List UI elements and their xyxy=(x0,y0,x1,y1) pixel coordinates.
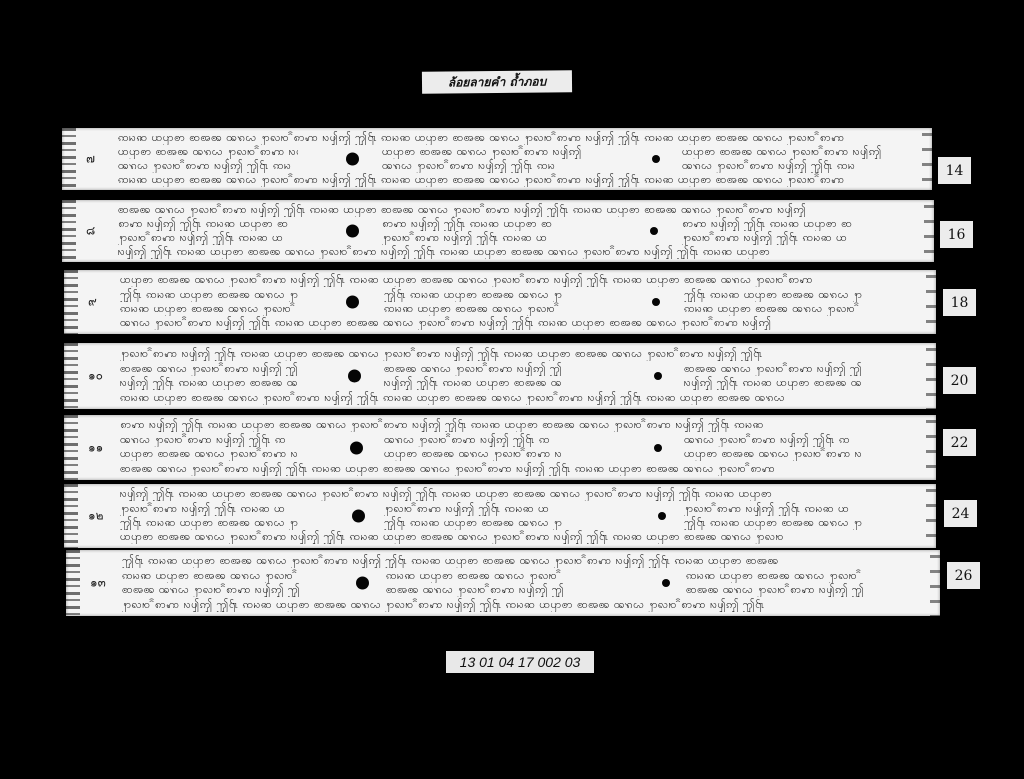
script-line: ꩤꩥꩦ ꩧꩨꩩ ꩪꩫꩬ ꩭꩮꩯ ꩰꩱꩲ ꩳꩴꩵ ꩶ꩷ ꩡꩢꩣ ꩤꩥꩦ ꩧꩨꩩ ꩪ… xyxy=(120,530,928,544)
manuscript-title-label: ล้อยลายคำ ถ้ำภอบ xyxy=(422,70,572,94)
page-tag: 24 xyxy=(944,500,977,527)
script-line: ꩧꩨꩩ ꩪꩫꩬ ꩭꩮꩯ ꩰꩱꩲ ꩳꩴꩵ ꩶ xyxy=(686,583,886,597)
script-line: ꩭꩮꩯ ꩰꩱꩲ ꩳꩴꩵ ꩶ꩷ ꩡꩢꩣ ꩤꩥꩦ ꩧꩨꩩ ꩪꩫꩬ ꩭꩮꩯ ꩰꩱꩲ ꩳ… xyxy=(122,598,930,612)
leaf-number: ๘ xyxy=(86,222,95,241)
script-line: ꩡꩢꩣ ꩤꩥꩦ ꩧꩨꩩ ꩪꩫꩬ ꩭꩮꩯ ꩰ xyxy=(686,569,886,583)
script-line: ꩶ꩷ ꩡꩢꩣ ꩤꩥꩦ ꩧꩨꩩ ꩪꩫꩬ ꩭ xyxy=(684,288,884,302)
script-line: ꩧꩨꩩ ꩪꩫꩬ ꩭꩮꩯ ꩰꩱꩲ ꩳꩴꩵ ꩶ꩷ ꩡꩢꩣ ꩤꩥꩦ ꩧꩨꩩ ꩪꩫꩬ ꩭ… xyxy=(118,203,926,217)
script-line: ꩪꩫꩬ ꩭꩮꩯ ꩰꩱꩲ ꩳꩴꩵ ꩶ꩷ ꩡ xyxy=(384,433,624,447)
leaf-number: ๗ xyxy=(86,150,95,169)
script-line: ꩡꩢꩣ ꩤꩥꩦ ꩧꩨꩩ ꩪꩫꩬ ꩭꩮꩯ ꩰ xyxy=(122,569,302,583)
script-line: ꩤꩥꩦ ꩧꩨꩩ ꩪꩫꩬ ꩭꩮꩯ ꩰꩱꩲ ꩳꩴꩵ ꩶ꩷ ꩡꩢꩣ ꩤꩥꩦ ꩧꩨꩩ ꩪ… xyxy=(120,273,928,287)
palm-leaf-6: ๑๒ ꩳꩴꩵ ꩶ꩷ ꩡꩢꩣ ꩤꩥꩦ ꩧꩨꩩ ꩪꩫꩬ ꩭꩮꩯ ꩰꩱꩲ ꩳꩴꩵ ꩶ꩷… xyxy=(64,484,936,548)
script-line: ꩤꩥꩦ ꩧꩨꩩ ꩪꩫꩬ ꩭꩮꩯ ꩰꩱꩲ ꩳꩴꩵ xyxy=(382,145,622,159)
script-line: ꩤꩥꩦ ꩧꩨꩩ ꩪꩫꩬ ꩭꩮꩯ ꩰꩱꩲ ꩳꩴꩵ xyxy=(118,145,298,159)
script-line: ꩶ꩷ ꩡꩢꩣ ꩤꩥꩦ ꩧꩨꩩ ꩪꩫꩬ ꩭ xyxy=(384,288,624,302)
palm-leaf-5: ๑๑ ꩰꩱꩲ ꩳꩴꩵ ꩶ꩷ ꩡꩢꩣ ꩤꩥꩦ ꩧꩨꩩ ꩪꩫꩬ ꩭꩮꩯ ꩰꩱꩲ ꩳꩴ… xyxy=(64,415,936,480)
script-line: ꩡꩢꩣ ꩤꩥꩦ ꩧꩨꩩ ꩪꩫꩬ ꩭꩮꩯ ꩰꩱꩲ ꩳꩴꩵ ꩶ꩷ ꩡꩢꩣ ꩤꩥꩦ ꩧ… xyxy=(118,173,926,187)
script-line: ꩡꩢꩣ ꩤꩥꩦ ꩧꩨꩩ ꩪꩫꩬ ꩭꩮꩯ ꩰ xyxy=(120,302,300,316)
script-line: ꩰꩱꩲ ꩳꩴꩵ ꩶ꩷ ꩡꩢꩣ ꩤꩥꩦ ꩧ xyxy=(682,217,882,231)
binding-hole xyxy=(654,444,662,452)
script-line: ꩳꩴꩵ ꩶ꩷ ꩡꩢꩣ ꩤꩥꩦ ꩧꩨꩩ ꩪ xyxy=(384,376,624,390)
script-line: ꩧꩨꩩ ꩪꩫꩬ ꩭꩮꩯ ꩰꩱꩲ ꩳꩴꩵ ꩶ xyxy=(120,362,300,376)
binding-hole xyxy=(350,441,363,454)
script-line: ꩰꩱꩲ ꩳꩴꩵ ꩶ꩷ ꩡꩢꩣ ꩤꩥꩦ ꩧ xyxy=(118,217,298,231)
script-line: ꩶ꩷ ꩡꩢꩣ ꩤꩥꩦ ꩧꩨꩩ ꩪꩫꩬ ꩭꩮꩯ ꩰꩱꩲ ꩳꩴꩵ ꩶ꩷ ꩡꩢꩣ ꩤꩥ… xyxy=(122,554,930,568)
binding-hole xyxy=(346,296,359,309)
script-line: ꩡꩢꩣ ꩤꩥꩦ ꩧꩨꩩ ꩪꩫꩬ ꩭꩮꩯ ꩰꩱꩲ ꩳꩴꩵ ꩶ꩷ ꩡꩢꩣ ꩤꩥꩦ ꩧ… xyxy=(120,391,928,405)
script-line: ꩡꩢꩣ ꩤꩥꩦ ꩧꩨꩩ ꩪꩫꩬ ꩭꩮꩯ ꩰ xyxy=(386,569,626,583)
script-line: ꩪꩫꩬ ꩭꩮꩯ ꩰꩱꩲ ꩳꩴꩵ ꩶ꩷ ꩡꩢ xyxy=(682,159,882,173)
script-line: ꩶ꩷ ꩡꩢꩣ ꩤꩥꩦ ꩧꩨꩩ ꩪꩫꩬ ꩭ xyxy=(120,288,300,302)
script-line: ꩡꩢꩣ ꩤꩥꩦ ꩧꩨꩩ ꩪꩫꩬ ꩭꩮꩯ ꩰ xyxy=(684,302,884,316)
script-line: ꩶ꩷ ꩡꩢꩣ ꩤꩥꩦ ꩧꩨꩩ ꩪꩫꩬ ꩭ xyxy=(684,516,884,530)
script-line: ꩪꩫꩬ ꩭꩮꩯ ꩰꩱꩲ ꩳꩴꩵ ꩶ꩷ ꩡꩢꩣ ꩤꩥꩦ ꩧꩨꩩ ꩪꩫꩬ ꩭꩮꩯ ꩰ… xyxy=(120,316,928,330)
binding-hole xyxy=(346,225,359,238)
binding-hole xyxy=(356,577,369,590)
script-line: ꩭꩮꩯ ꩰꩱꩲ ꩳꩴꩵ ꩶ꩷ ꩡꩢꩣ ꩤꩥꩦ ꩧꩨꩩ ꩪꩫꩬ ꩭꩮꩯ ꩰꩱꩲ ꩳ… xyxy=(120,347,928,361)
script-line: ꩪꩫꩬ ꩭꩮꩯ ꩰꩱꩲ ꩳꩴꩵ ꩶ꩷ ꩡꩢ xyxy=(118,159,298,173)
page-tag: 22 xyxy=(943,429,976,456)
script-line: ꩤꩥꩦ ꩧꩨꩩ ꩪꩫꩬ ꩭꩮꩯ ꩰꩱꩲ ꩳꩴꩵ xyxy=(682,145,882,159)
script-line: ꩳꩴꩵ ꩶ꩷ ꩡꩢꩣ ꩤꩥꩦ ꩧꩨꩩ ꩪꩫꩬ ꩭꩮꩯ ꩰꩱꩲ ꩳꩴꩵ ꩶ꩷ ꩡꩢ… xyxy=(120,487,928,501)
page-tag: 26 xyxy=(947,562,980,589)
leaf-number: ๑๐ xyxy=(88,367,103,386)
script-line: ꩳꩴꩵ ꩶ꩷ ꩡꩢꩣ ꩤꩥꩦ ꩧꩨꩩ ꩪ xyxy=(120,376,300,390)
binding-hole xyxy=(652,155,660,163)
page-tag: 20 xyxy=(943,367,976,394)
script-line: ꩧꩨꩩ ꩪꩫꩬ ꩭꩮꩯ ꩰꩱꩲ ꩳꩴꩵ ꩶ꩷ ꩡꩢꩣ ꩤꩥꩦ ꩧꩨꩩ ꩪꩫꩬ ꩭ… xyxy=(120,462,928,476)
script-line: ꩧꩨꩩ ꩪꩫꩬ ꩭꩮꩯ ꩰꩱꩲ ꩳꩴꩵ ꩶ xyxy=(684,362,884,376)
binding-hole xyxy=(346,153,359,166)
script-line: ꩭꩮꩯ ꩰꩱꩲ ꩳꩴꩵ ꩶ꩷ ꩡꩢꩣ ꩤ xyxy=(384,502,624,516)
binding-hole xyxy=(352,510,365,523)
script-line: ꩳꩴꩵ ꩶ꩷ ꩡꩢꩣ ꩤꩥꩦ ꩧꩨꩩ ꩪ xyxy=(684,376,884,390)
page-tag: 16 xyxy=(940,221,973,248)
script-line: ꩤꩥꩦ ꩧꩨꩩ ꩪꩫꩬ ꩭꩮꩯ ꩰꩱꩲ ꩳ xyxy=(684,447,884,461)
script-line: ꩪꩫꩬ ꩭꩮꩯ ꩰꩱꩲ ꩳꩴꩵ ꩶ꩷ ꩡꩢ xyxy=(382,159,622,173)
binding-hole xyxy=(658,512,666,520)
palm-leaf-3: ๙ ꩤꩥꩦ ꩧꩨꩩ ꩪꩫꩬ ꩭꩮꩯ ꩰꩱꩲ ꩳꩴꩵ ꩶ꩷ ꩡꩢꩣ ꩤꩥꩦ ꩧꩨꩩ… xyxy=(64,270,936,334)
leaf-number: ๑๑ xyxy=(88,438,103,457)
page-tag: 14 xyxy=(938,157,971,184)
script-line: ꩤꩥꩦ ꩧꩨꩩ ꩪꩫꩬ ꩭꩮꩯ ꩰꩱꩲ ꩳ xyxy=(120,447,300,461)
script-line: ꩪꩫꩬ ꩭꩮꩯ ꩰꩱꩲ ꩳꩴꩵ ꩶ꩷ ꩡ xyxy=(684,433,884,447)
leaf-number: ๑๒ xyxy=(88,507,104,526)
script-line: ꩧꩨꩩ ꩪꩫꩬ ꩭꩮꩯ ꩰꩱꩲ ꩳꩴꩵ ꩶ xyxy=(386,583,626,597)
script-line: ꩭꩮꩯ ꩰꩱꩲ ꩳꩴꩵ ꩶ꩷ ꩡꩢꩣ ꩤ xyxy=(118,231,298,245)
page-tag: 18 xyxy=(943,289,976,316)
script-line: ꩪꩫꩬ ꩭꩮꩯ ꩰꩱꩲ ꩳꩴꩵ ꩶ꩷ ꩡ xyxy=(120,433,300,447)
palm-leaf-1: ๗ ꩡꩢꩣ ꩤꩥꩦ ꩧꩨꩩ ꩪꩫꩬ ꩭꩮꩯ ꩰꩱꩲ ꩳꩴꩵ ꩶ꩷ ꩡꩢꩣ ꩤꩥꩦ… xyxy=(62,128,932,190)
script-line: ꩭꩮꩯ ꩰꩱꩲ ꩳꩴꩵ ꩶ꩷ ꩡꩢꩣ ꩤ xyxy=(684,502,884,516)
palm-leaf-7: ๑๓ ꩶ꩷ ꩡꩢꩣ ꩤꩥꩦ ꩧꩨꩩ ꩪꩫꩬ ꩭꩮꩯ ꩰꩱꩲ ꩳꩴꩵ ꩶ꩷ ꩡꩢꩣ… xyxy=(66,550,940,616)
palm-leaf-2: ๘ ꩧꩨꩩ ꩪꩫꩬ ꩭꩮꩯ ꩰꩱꩲ ꩳꩴꩵ ꩶ꩷ ꩡꩢꩣ ꩤꩥꩦ ꩧꩨꩩ ꩪꩫꩬ… xyxy=(62,200,934,262)
script-line: ꩤꩥꩦ ꩧꩨꩩ ꩪꩫꩬ ꩭꩮꩯ ꩰꩱꩲ ꩳ xyxy=(384,447,624,461)
palm-leaf-4: ๑๐ ꩭꩮꩯ ꩰꩱꩲ ꩳꩴꩵ ꩶ꩷ ꩡꩢꩣ ꩤꩥꩦ ꩧꩨꩩ ꩪꩫꩬ ꩭꩮꩯ ꩰꩱ… xyxy=(64,343,936,409)
leaf-number: ๙ xyxy=(88,293,97,312)
binding-hole xyxy=(662,579,670,587)
binding-hole xyxy=(650,227,658,235)
script-line: ꩶ꩷ ꩡꩢꩣ ꩤꩥꩦ ꩧꩨꩩ ꩪꩫꩬ ꩭ xyxy=(120,516,300,530)
leaf-number: ๑๓ xyxy=(90,574,106,593)
binding-hole xyxy=(652,298,660,306)
script-line: ꩧꩨꩩ ꩪꩫꩬ ꩭꩮꩯ ꩰꩱꩲ ꩳꩴꩵ ꩶ xyxy=(122,583,302,597)
script-line: ꩭꩮꩯ ꩰꩱꩲ ꩳꩴꩵ ꩶ꩷ ꩡꩢꩣ ꩤ xyxy=(682,231,882,245)
binding-hole xyxy=(654,372,662,380)
script-line: ꩡꩢꩣ ꩤꩥꩦ ꩧꩨꩩ ꩪꩫꩬ ꩭꩮꩯ ꩰ xyxy=(384,302,624,316)
binding-hole xyxy=(348,370,361,383)
script-line: ꩶ꩷ ꩡꩢꩣ ꩤꩥꩦ ꩧꩨꩩ ꩪꩫꩬ ꩭ xyxy=(384,516,624,530)
script-line: ꩰꩱꩲ ꩳꩴꩵ ꩶ꩷ ꩡꩢꩣ ꩤꩥꩦ ꩧ xyxy=(382,217,622,231)
script-line: ꩰꩱꩲ ꩳꩴꩵ ꩶ꩷ ꩡꩢꩣ ꩤꩥꩦ ꩧꩨꩩ ꩪꩫꩬ ꩭꩮꩯ ꩰꩱꩲ ꩳꩴꩵ ꩶ… xyxy=(120,418,928,432)
script-line: ꩭꩮꩯ ꩰꩱꩲ ꩳꩴꩵ ꩶ꩷ ꩡꩢꩣ ꩤ xyxy=(382,231,622,245)
script-line: ꩭꩮꩯ ꩰꩱꩲ ꩳꩴꩵ ꩶ꩷ ꩡꩢꩣ ꩤ xyxy=(120,502,300,516)
script-line: ꩳꩴꩵ ꩶ꩷ ꩡꩢꩣ ꩤꩥꩦ ꩧꩨꩩ ꩪꩫꩬ ꩭꩮꩯ ꩰꩱꩲ ꩳꩴꩵ ꩶ꩷ ꩡꩢ… xyxy=(118,245,926,259)
catalog-number-label: 13 01 04 17 002 03 xyxy=(446,651,594,673)
script-line: ꩡꩢꩣ ꩤꩥꩦ ꩧꩨꩩ ꩪꩫꩬ ꩭꩮꩯ ꩰꩱꩲ ꩳꩴꩵ ꩶ꩷ ꩡꩢꩣ ꩤꩥꩦ ꩧ… xyxy=(118,131,926,145)
script-line: ꩧꩨꩩ ꩪꩫꩬ ꩭꩮꩯ ꩰꩱꩲ ꩳꩴꩵ ꩶ xyxy=(384,362,624,376)
